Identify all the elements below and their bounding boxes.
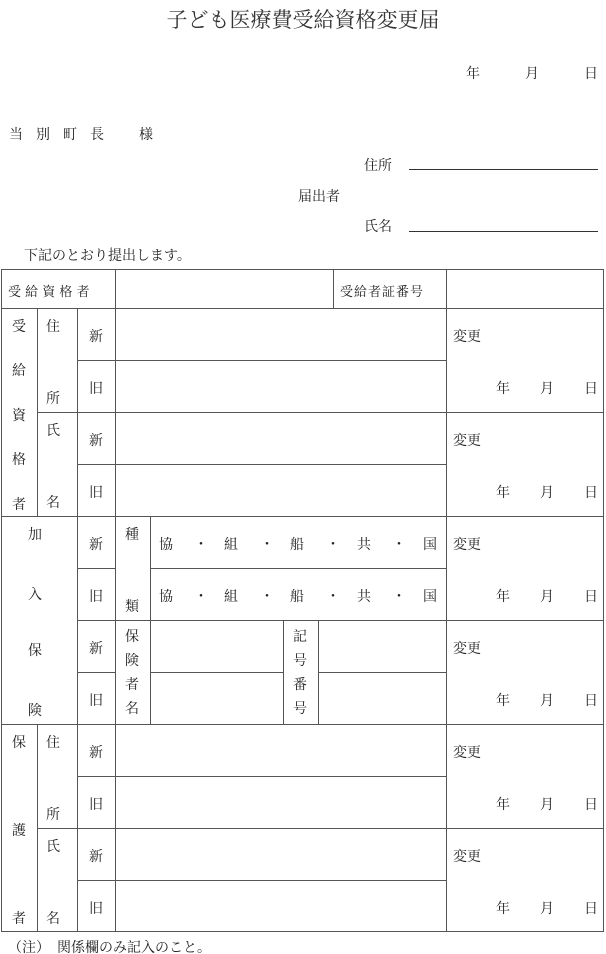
separator: ・ [326,534,340,554]
new-label: 新 [86,430,106,450]
guardian-name-new-field[interactable] [117,829,445,879]
new-label: 新 [86,846,106,866]
kind-label: 種 [122,524,142,544]
recipient-name-label: 氏 [43,420,63,440]
kind-option-senin[interactable]: 船 [290,534,304,554]
kind-option-kyosai[interactable]: 共 [357,534,371,554]
form-title: 子ども医療費受給資格変更届 [0,4,606,34]
table-border-right [603,269,604,932]
label-char: 名 [122,698,142,718]
symbol-number-old-field[interactable] [320,673,445,723]
change-label: 変更 [453,846,481,866]
label-char: 号 [290,650,310,670]
label-char: 加 [25,524,45,544]
year-label: 年 [496,482,510,502]
symbol-number-new-field[interactable] [320,621,445,671]
intro-text: 下記のとおり提出します。 [24,245,191,265]
addressee-char: 長 [90,124,104,144]
kind-option-kyokai[interactable]: 協 [159,586,173,606]
recipient-name-label: 名 [43,492,63,512]
label-char: 者 [9,908,29,928]
insurer-name-new-field[interactable] [152,621,282,671]
old-label: 旧 [86,482,106,502]
row-divider [150,568,446,569]
table-border-bottom [1,931,604,932]
old-label: 旧 [86,378,106,398]
guardian-address-label: 住 [43,732,63,752]
separator: ・ [392,534,406,554]
cert-number-field[interactable] [448,270,602,307]
notifier-name-field[interactable] [409,231,598,232]
change-label: 変更 [453,742,481,762]
separator: ・ [260,534,274,554]
addressee-honorific: 様 [139,124,153,144]
addressee-char: 別 [36,124,50,144]
old-label: 旧 [86,898,106,918]
col-divider [318,620,319,724]
kind-option-kyosai[interactable]: 共 [357,586,371,606]
date-day-label: 日 [584,63,598,83]
label-char: 保 [9,732,29,752]
notifier-address-field[interactable] [409,169,598,170]
recipient-name-new-field[interactable] [117,413,445,463]
year-label: 年 [496,898,510,918]
kind-option-kumiai[interactable]: 組 [224,586,238,606]
row-divider [77,568,115,569]
year-label: 年 [496,378,510,398]
change-label: 変更 [453,430,481,450]
month-label: 月 [540,794,554,814]
guardian-name-label: 氏 [43,836,63,856]
recipient-address-old-field[interactable] [117,361,445,411]
month-label: 月 [540,898,554,918]
recipient-address-label: 所 [43,388,63,408]
label-char: 者 [122,674,142,694]
new-label: 新 [86,534,106,554]
guardian-name-old-field[interactable] [117,881,445,931]
change-label: 変更 [453,638,481,658]
addressee-char: 当 [9,124,23,144]
row-divider [1,516,604,517]
day-label: 日 [584,898,598,918]
label-char: 号 [290,698,310,718]
day-label: 日 [584,378,598,398]
recipient-name-old-field[interactable] [117,465,445,515]
label-char: 険 [122,650,142,670]
col-divider [115,269,116,932]
old-label: 旧 [86,586,106,606]
kind-option-kumiai[interactable]: 組 [224,534,238,554]
cert-number-label: 受給者証番号 [340,281,424,300]
year-label: 年 [496,794,510,814]
change-label: 変更 [453,326,481,346]
notifier-label: 届出者 [298,186,340,206]
label-char: 給 [9,360,29,380]
kind-option-senin[interactable]: 船 [290,586,304,606]
year-label: 年 [496,586,510,606]
separator: ・ [392,586,406,606]
day-label: 日 [584,482,598,502]
label-char: 資 [9,405,29,425]
recipient-header-label: 受 給 資 格 者 [8,281,90,300]
new-label: 新 [86,638,106,658]
guardian-address-old-field[interactable] [117,777,445,827]
label-char: 護 [9,820,29,840]
old-label: 旧 [86,794,106,814]
recipient-address-label: 住 [43,316,63,336]
footnote: （注） 関係欄のみ記入のこと。 [8,937,211,954]
col-divider [333,269,334,308]
new-label: 新 [86,742,106,762]
guardian-name-label: 名 [43,908,63,928]
guardian-address-label: 所 [43,804,63,824]
label-char: 記 [290,626,310,646]
notifier-name-label: 氏名 [364,216,392,236]
separator: ・ [260,586,274,606]
kind-option-kokuho[interactable]: 国 [423,534,437,554]
label-char: 受 [9,316,29,336]
day-label: 日 [584,794,598,814]
old-label: 旧 [86,690,106,710]
table-border-left [1,269,2,932]
month-label: 月 [540,378,554,398]
label-char: 番 [290,674,310,694]
label-char: 格 [9,449,29,469]
row-divider [77,672,115,673]
date-month-label: 月 [525,63,539,83]
day-label: 日 [584,690,598,710]
kind-label: 類 [122,596,142,616]
month-label: 月 [540,690,554,710]
separator: ・ [194,534,208,554]
day-label: 日 [584,586,598,606]
addressee-char: 町 [63,124,77,144]
label-char: 保 [122,626,142,646]
label-char: 保 [25,640,45,660]
separator: ・ [194,586,208,606]
insurer-name-old-field[interactable] [152,673,282,723]
label-char: 者 [9,494,29,514]
separator: ・ [326,586,340,606]
recipient-name-field[interactable] [117,270,332,307]
new-label: 新 [86,326,106,346]
month-label: 月 [540,482,554,502]
recipient-address-new-field[interactable] [117,309,445,359]
kind-option-kokuho[interactable]: 国 [423,586,437,606]
kind-option-kyokai[interactable]: 協 [159,534,173,554]
date-year-label: 年 [466,63,480,83]
col-divider [446,269,447,932]
year-label: 年 [496,690,510,710]
notifier-address-label: 住所 [364,155,392,175]
label-char: 入 [25,584,45,604]
month-label: 月 [540,586,554,606]
col-divider [283,620,284,724]
change-label: 変更 [453,534,481,554]
label-char: 険 [25,700,45,720]
guardian-address-new-field[interactable] [117,725,445,775]
